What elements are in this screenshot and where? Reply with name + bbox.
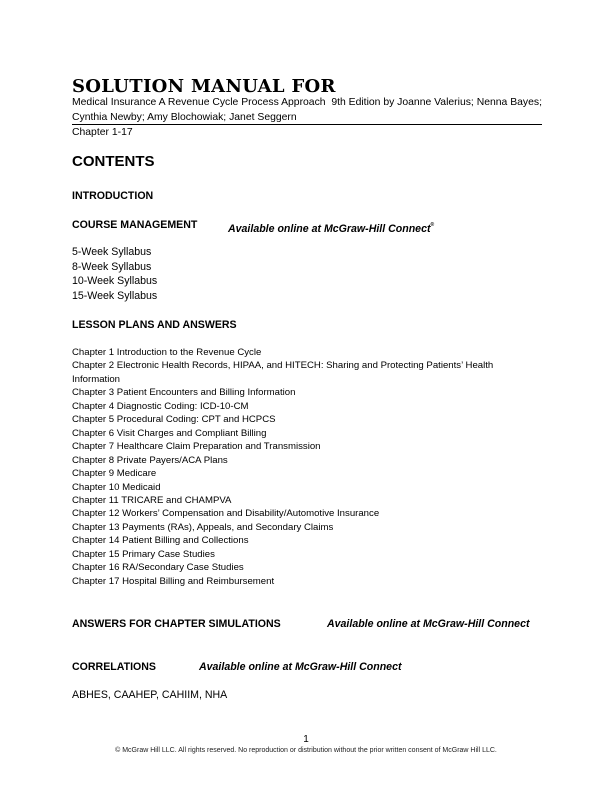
chapter-item: Chapter 8 Private Payers/ACA Plans <box>72 454 542 467</box>
chapter-item: Chapter 3 Patient Encounters and Billing… <box>72 386 542 399</box>
syllabus-item: 8-Week Syllabus <box>72 260 157 275</box>
correlations-list: ABHES, CAAHEP, CAHIIM, NHA <box>72 688 227 703</box>
correlations-availability: Available online at McGraw-Hill Connect <box>199 661 402 674</box>
introduction-heading: INTRODUCTION <box>72 190 153 203</box>
course-management-availability: Available online at McGraw-Hill Connect® <box>228 219 434 236</box>
copyright-footer: © McGraw Hill LLC. All rights reserved. … <box>0 746 612 755</box>
subtitle-line-2: Cynthia Newby; Amy Blochowiak; Janet Seg… <box>72 110 552 125</box>
page-number: 1 <box>0 734 612 746</box>
syllabus-item: 15-Week Syllabus <box>72 289 157 304</box>
simulations-availability: Available online at McGraw-Hill Connect <box>327 618 530 631</box>
contents-heading: CONTENTS <box>72 153 155 171</box>
chapter-item: Chapter 13 Payments (RAs), Appeals, and … <box>72 521 542 534</box>
chapter-item: Chapter 4 Diagnostic Coding: ICD-10-CM <box>72 400 542 413</box>
lesson-plans-heading: LESSON PLANS AND ANSWERS <box>72 319 237 332</box>
document-subtitle: Medical Insurance A Revenue Cycle Proces… <box>72 95 552 125</box>
course-management-heading: COURSE MANAGEMENT <box>72 219 197 232</box>
syllabus-item: 10-Week Syllabus <box>72 274 157 289</box>
chapter-item: Chapter 15 Primary Case Studies <box>72 548 542 561</box>
correlations-heading: CORRELATIONS <box>72 661 156 674</box>
chapter-item: Chapter 2 Electronic Health Records, HIP… <box>72 359 542 372</box>
chapter-item: Chapter 14 Patient Billing and Collectio… <box>72 534 542 547</box>
simulations-heading: ANSWERS FOR CHAPTER SIMULATIONS <box>72 618 281 631</box>
chapter-item: Chapter 7 Healthcare Claim Preparation a… <box>72 440 542 453</box>
subtitle-line-1: Medical Insurance A Revenue Cycle Proces… <box>72 95 552 110</box>
chapter-item: Chapter 17 Hospital Billing and Reimburs… <box>72 575 542 588</box>
chapter-item: Chapter 6 Visit Charges and Compliant Bi… <box>72 427 542 440</box>
registered-mark: ® <box>431 222 435 228</box>
header-divider <box>72 124 542 125</box>
chapter-item: Chapter 11 TRICARE and CHAMPVA <box>72 494 542 507</box>
chapter-item: Chapter 1 Introduction to the Revenue Cy… <box>72 346 542 359</box>
document-page: SOLUTION MANUAL FOR Medical Insurance A … <box>0 0 612 792</box>
syllabus-list: 5-Week Syllabus 8-Week Syllabus 10-Week … <box>72 245 157 304</box>
chapter-item: Chapter 9 Medicare <box>72 467 542 480</box>
chapter-item: Chapter 12 Workers’ Compensation and Dis… <box>72 507 542 520</box>
chapter-item: Chapter 16 RA/Secondary Case Studies <box>72 561 542 574</box>
syllabus-item: 5-Week Syllabus <box>72 245 157 260</box>
chapter-item: Chapter 10 Medicaid <box>72 481 542 494</box>
chapter-range: Chapter 1-17 <box>72 126 133 139</box>
chapter-list: Chapter 1 Introduction to the Revenue Cy… <box>72 346 542 588</box>
chapter-item-continued: Information <box>72 373 542 386</box>
availability-text: Available online at McGraw-Hill Connect <box>228 223 431 235</box>
chapter-item: Chapter 5 Procedural Coding: CPT and HCP… <box>72 413 542 426</box>
